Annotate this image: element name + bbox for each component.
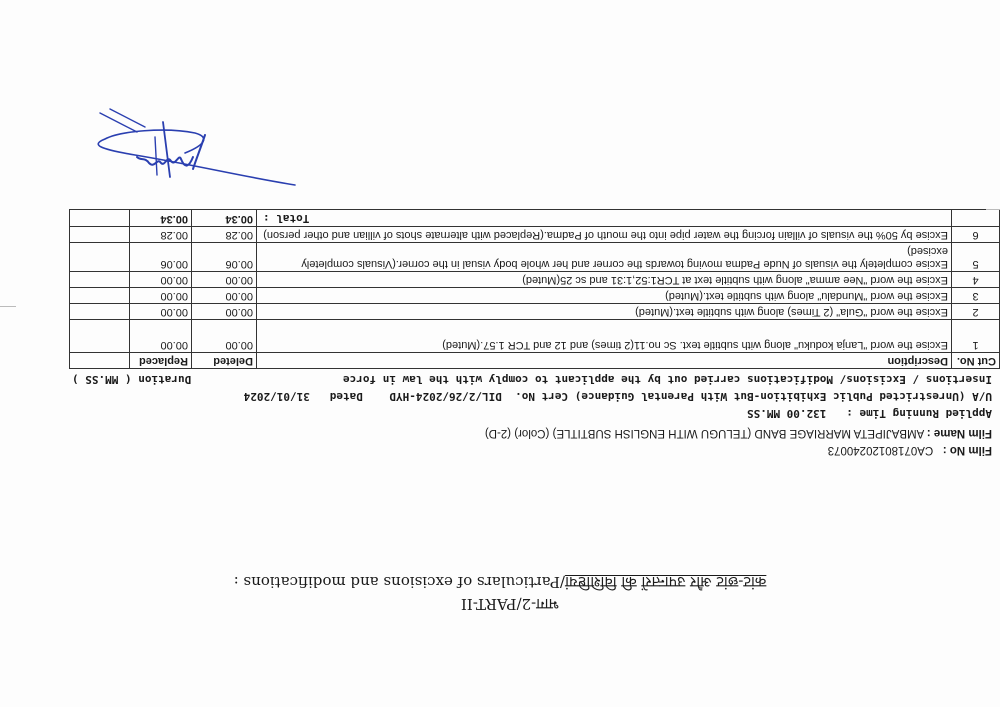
cut-replaced: 00.00 [130,304,192,320]
cut-no: 2 [952,304,1000,320]
table-row: 3 Excise the word "Mundalu" along with s… [70,288,1000,304]
running-time-label: Applied Running Time : [846,407,992,420]
cut-replaced: 00.00 [130,288,192,304]
film-name-value: AMBAJIPETA MARRIAGE BAND (TELUGU WITH EN… [485,427,924,439]
total-label: Total : [263,212,309,225]
table-row: 2 Excise the word "Gula" (2 Times) along… [70,304,1000,320]
cut-no: 5 [952,243,1000,272]
film-name-line: Film Name : AMBAJIPETA MARRIAGE BAND (TE… [485,427,992,439]
total-cell: Total : [257,210,952,227]
film-name-label: Film Name : [927,427,992,439]
dated-value: 31/01/2024 [244,390,310,403]
total-replaced: 00.34 [130,210,192,227]
scan-mark [0,306,16,307]
signature-icon [85,107,305,197]
cut-deleted: 00.28 [192,227,257,243]
table-row: 6 Excise by 50% the visuals of villain f… [70,227,1000,243]
film-no-line: Film No : CA07180120240073 [828,444,992,456]
cut-replaced: 00.06 [130,243,192,272]
certificate-line: U/A (Unrestricted Public Exhibition-But … [244,390,992,403]
table-total-row: Total : 00.34 00.34 [70,210,1000,227]
table-row: 1 Excise the word "Lanja koduku" along w… [70,320,1000,353]
certificate-text: U/A (Unrestricted Public Exhibition-But … [515,390,992,403]
blank-cell [70,243,130,272]
part-title: भाग-2/PART-II [20,594,1000,614]
blank-cell [70,272,130,288]
cut-replaced: 00.00 [130,272,192,288]
blank-cell [70,227,130,243]
cut-description: Excise the word "Gula" (2 Times) along w… [257,304,952,320]
cut-no: 1 [952,320,1000,353]
header-cut-no: Cut No. [952,353,1000,369]
cut-no: 3 [952,288,1000,304]
cut-description: Excise the word "Nee amma" along with su… [257,272,952,288]
cut-description: Excise by 50% the visuals of villain for… [257,227,952,243]
dated-label: Dated [330,390,363,403]
running-time-line: Applied Running Time : 132.00 MM.SS [747,407,992,420]
insertions-text: Insertions / Excisions/ Modifications ca… [343,373,992,386]
film-no-value: CA07180120240073 [828,444,934,456]
blank-cell [70,320,130,353]
table-row: 4 Excise the word "Nee amma" along with … [70,272,1000,288]
subheading-english: /Particulars of excisions and modificati… [234,573,565,591]
table-row: 5 Excise completely the visuals of Nude … [70,243,1000,272]
subheading-hindi: कांट-छांट और उपान्तरों की विशिष्टियां [565,573,766,591]
cut-deleted: 00.00 [192,272,257,288]
cut-deleted: 00.00 [192,320,257,353]
header-replaced: Replaced [130,353,192,369]
cut-description: Excise completely the visuals of Nude Pa… [257,243,952,272]
total-deleted: 00.34 [192,210,257,227]
blank-cell [70,288,130,304]
cut-no: 6 [952,227,1000,243]
excisions-table: Cut No. Description Deleted Replaced 1 E… [69,209,1000,369]
table-header-row: Cut No. Description Deleted Replaced [70,353,1000,369]
cut-description: Excise the word "Lanja koduku" along wit… [257,320,952,353]
cut-deleted: 00.00 [192,288,257,304]
cert-no: DIL/2/26/2024-HYD [389,390,502,403]
header-blank [70,353,130,369]
blank-cell [70,210,130,227]
cut-deleted: 00.00 [192,304,257,320]
cut-replaced: 00.28 [130,227,192,243]
cut-replaced: 00.00 [130,320,192,353]
cut-deleted: 00.06 [192,243,257,272]
cut-description: Excise the word "Mundalu" along with sub… [257,288,952,304]
blank-cell [952,210,1000,227]
insertions-line: Insertions / Excisions/ Modifications ca… [72,373,992,386]
duration-label: Duration ( MM.SS ) [72,373,191,386]
film-no-label: Film No : [943,444,992,456]
part-subheading: कांट-छांट और उपान्तरों की विशिष्टियां/Pa… [0,572,1000,592]
header-description: Description [257,353,952,369]
document-page: भाग-2/PART-II कांट-छांट और उपान्तरों की … [0,0,1000,707]
cut-no: 4 [952,272,1000,288]
scan-mark [986,209,1000,210]
header-deleted: Deleted [192,353,257,369]
blank-cell [70,304,130,320]
running-time-value: 132.00 MM.SS [747,407,826,420]
